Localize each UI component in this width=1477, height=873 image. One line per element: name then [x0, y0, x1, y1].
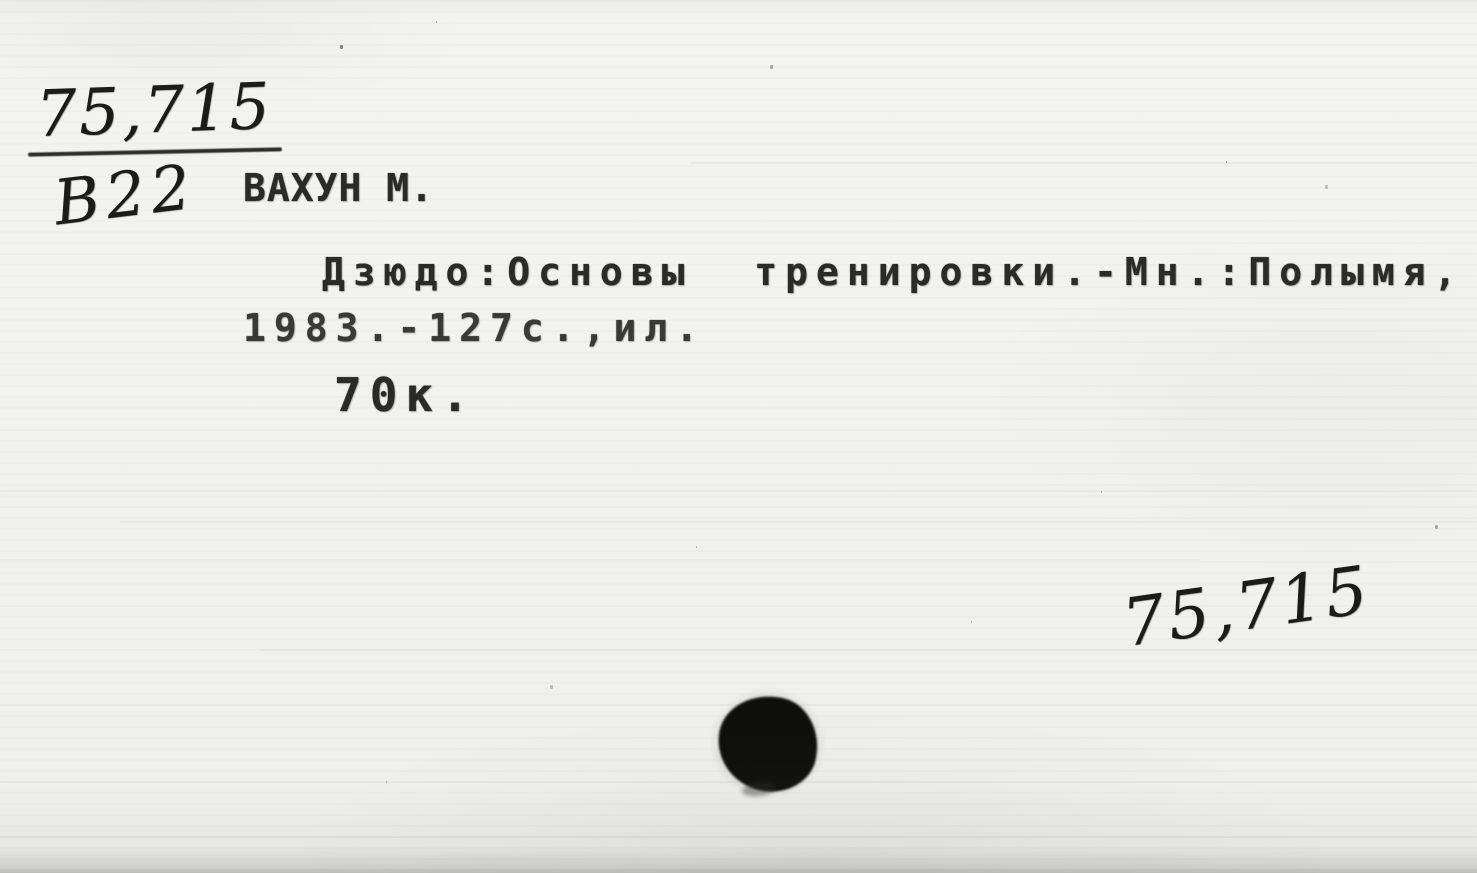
scan-streak	[0, 559, 1200, 561]
author-heading: ВАХУН М.	[243, 166, 434, 210]
description-line-1: Дзюдо:Основы тренировки.-Мн.:Полымя,	[322, 250, 1464, 294]
scan-streak	[690, 162, 1477, 164]
scan-streak	[0, 836, 1477, 838]
scan-streak	[260, 649, 1477, 651]
scan-streak	[0, 490, 1477, 492]
handwritten-call-number-top: 75,715	[35, 70, 273, 152]
price: 70к.	[334, 368, 477, 422]
handwritten-author-cutter: В22	[50, 150, 200, 240]
description-line-2: 1983.-127с.,ил.	[243, 306, 706, 350]
handwritten-call-number-bottom: 75,715	[1118, 551, 1375, 662]
paper-specks	[340, 45, 343, 49]
scan-streak	[120, 521, 1477, 523]
catalog-card-scan: 75,715 В22 ВАХУН М. Дзюдо:Основы трениро…	[0, 0, 1477, 873]
